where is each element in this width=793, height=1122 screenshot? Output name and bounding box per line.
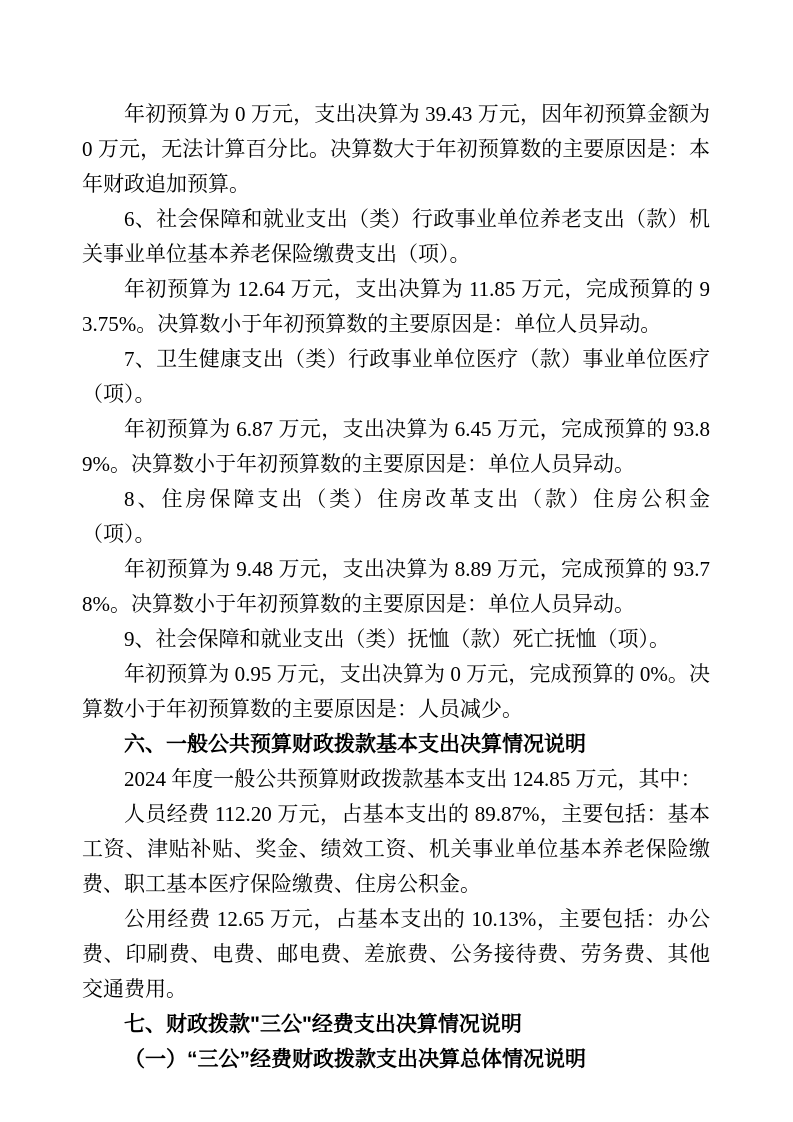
body-paragraph: 6、社会保障和就业支出（类）行政事业单位养老支出（款）机关事业单位基本养老保险缴… — [82, 202, 710, 272]
body-paragraph: 年初预算为 6.87 万元，支出决算为 6.45 万元，完成预算的 93.89%… — [82, 412, 710, 482]
body-paragraph: 年初预算为 9.48 万元，支出决算为 8.89 万元，完成预算的 93.78%… — [82, 552, 710, 622]
body-paragraph: 8、住房保障支出（类）住房改革支出（款）住房公积金（项）。 — [82, 482, 710, 552]
page: 年初预算为 0 万元，支出决算为 39.43 万元，因年初预算金额为 0 万元，… — [0, 0, 793, 1122]
body-paragraph: 年初预算为 0 万元，支出决算为 39.43 万元，因年初预算金额为 0 万元，… — [82, 97, 710, 202]
document-body: 年初预算为 0 万元，支出决算为 39.43 万元，因年初预算金额为 0 万元，… — [82, 97, 710, 1077]
body-paragraph: 7、卫生健康支出（类）行政事业单位医疗（款）事业单位医疗（项）。 — [82, 342, 710, 412]
section-heading: （一）“三公”经费财政拨款支出决算总体情况说明 — [82, 1042, 710, 1077]
body-paragraph: 公用经费 12.65 万元，占基本支出的 10.13%，主要包括：办公费、印刷费… — [82, 902, 710, 1007]
body-paragraph: 年初预算为 12.64 万元，支出决算为 11.85 万元，完成预算的 93.7… — [82, 272, 710, 342]
body-paragraph: 9、社会保障和就业支出（类）抚恤（款）死亡抚恤（项）。 — [82, 622, 710, 657]
section-heading: 七、财政拨款"三公"经费支出决算情况说明 — [82, 1007, 710, 1042]
body-paragraph: 2024 年度一般公共预算财政拨款基本支出 124.85 万元，其中： — [82, 762, 710, 797]
section-heading: 六、一般公共预算财政拨款基本支出决算情况说明 — [82, 727, 710, 762]
body-paragraph: 人员经费 112.20 万元，占基本支出的 89.87%，主要包括：基本工资、津… — [82, 797, 710, 902]
body-paragraph: 年初预算为 0.95 万元，支出决算为 0 万元，完成预算的 0%。决算数小于年… — [82, 657, 710, 727]
